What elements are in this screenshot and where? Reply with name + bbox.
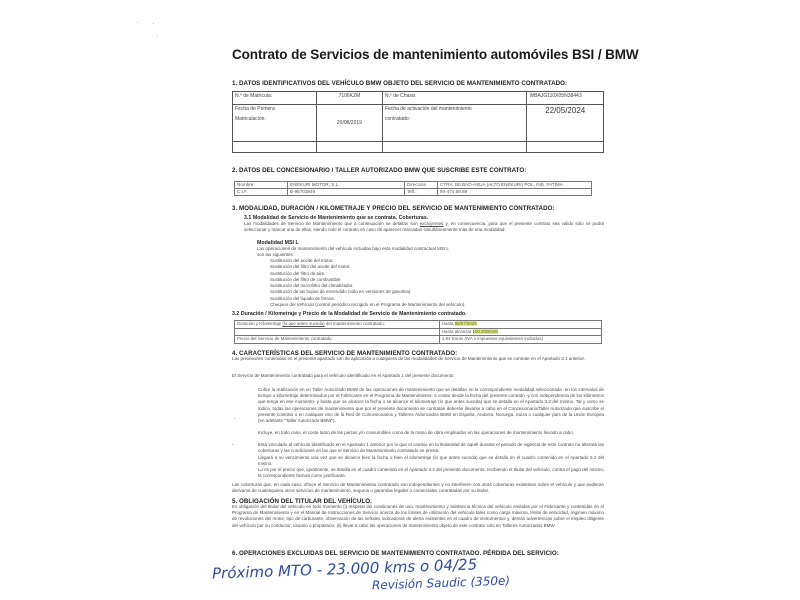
telf-label: Telf.: — [405, 189, 438, 196]
chasis-value: WBAJG110X05N38443 — [527, 92, 604, 105]
modalidad-intro: Las operaciones de mantenimiento del veh… — [257, 246, 557, 258]
scan-speck — [153, 23, 154, 24]
precio-label: Precio del Servicio de Mantenimiento con… — [235, 336, 440, 344]
text-part: Duración y Kilometraje — [237, 321, 282, 326]
section-4-paragraph-5: Lo es por el precio que, igualmente, se … — [258, 467, 604, 479]
hasta-label: Hasta — [442, 321, 455, 326]
empty-cell — [233, 142, 317, 153]
primera-matriculacion-label: Fecha de Primera Matriculación: — [233, 105, 317, 142]
chasis-label: N.º de Chasis — [382, 92, 526, 105]
matricula-value: 7106KZM — [316, 92, 382, 105]
duration-price-table: Duración y Kilometraje (lo que antes suc… — [234, 320, 602, 344]
text-part: del mantenimiento contratado: — [325, 321, 385, 326]
km-label: Hasta alcanzar — [442, 329, 473, 334]
section-1-heading: 1. DATOS IDENTIFICATIVOS DEL VEHÍCULO BM… — [232, 80, 567, 87]
empty-cell — [316, 142, 382, 153]
text-part: Las modalidades de Servicio de Mantenimi… — [244, 221, 420, 226]
section-4-paragraph-2: Incluye, en todo caso, el coste tanto de… — [258, 430, 604, 436]
section-4-lead: El Servicio de Mantenimiento contratado … — [232, 373, 604, 379]
label-line: contratado: — [385, 116, 524, 122]
section-4-paragraph-4: Llegará a su vencimiento una vez que se … — [258, 455, 604, 467]
km-value-highlighted: 100.000KMS — [473, 329, 498, 334]
date-value: 20/08/2019 — [337, 120, 362, 126]
empty-cell — [527, 142, 604, 153]
section-3-1-text: Las modalidades de Servicio de Mantenimi… — [244, 221, 604, 233]
duracion-label: Duración y Kilometraje (lo que antes suc… — [235, 321, 440, 329]
direccion-value: CTRA. BILBAO-ASUA (ALTO ENEKURI) POL. IN… — [438, 182, 592, 189]
primera-matriculacion-value: 20/08/2019 — [316, 105, 382, 142]
hasta-fecha: Hasta 06/07/2026 — [440, 321, 602, 329]
telf-value: 94-474.59.69 — [438, 189, 592, 196]
handwritten-note-line-2: Revisión Saudic (350e) — [372, 574, 510, 593]
label-line: Matriculación: — [235, 116, 314, 122]
text-underlined: (lo que antes suceda) — [282, 321, 324, 326]
matricula-label: N.º de Matrícula: — [233, 92, 317, 105]
scan-speck — [234, 418, 235, 419]
section-5-text: Es obligación del titular del vehículo e… — [232, 504, 604, 529]
direccion-label: Dirección — [405, 182, 438, 189]
vehicle-data-table: N.º de Matrícula: 7106KZM N.º de Chasis … — [232, 91, 604, 153]
precio-value: 1.94 Euros (IVA o impuestos equivalentes… — [440, 336, 602, 344]
empty-cell — [235, 328, 440, 336]
label-line: Fecha de activación del mantenimiento — [385, 106, 524, 112]
text-underlined: excluyentes — [420, 221, 444, 226]
section-3-heading: 3. MODALIDAD, DURACIÓN / KILOMETRAJE Y P… — [232, 205, 555, 212]
nombre-label: Nombre — [235, 182, 288, 189]
scan-speck — [157, 36, 158, 37]
empty-cell — [382, 142, 526, 153]
section-3-2-heading: 3.2 Duración / Kilometraje y Precio de l… — [232, 311, 467, 317]
scan-speck — [137, 22, 138, 23]
section-4-intro: Las previsiones contenidas en el present… — [232, 356, 604, 362]
section-2-heading: 2. DATOS DEL CONCESIONARIO / TALLER AUTO… — [232, 167, 526, 174]
activacion-label: Fecha de activación del mantenimiento co… — [382, 105, 526, 142]
cif-label: C.I.F. — [235, 189, 288, 196]
section-6-heading: 6. OPERACIONES EXCLUIDAS DEL SERVICIO DE… — [232, 550, 559, 557]
operations-list: Sustitución del aceite del motor. Sustit… — [270, 258, 465, 308]
section-4-closing: Las coberturas que, en cada caso, ofrece… — [232, 482, 604, 494]
scanned-document-page: Contrato de Servicios de mantenimiento a… — [0, 0, 800, 600]
nombre-value: ENEKURI MOTOR, S.L. — [288, 182, 405, 189]
document-title: Contrato de Servicios de mantenimiento a… — [232, 47, 639, 62]
cif-value: B-95703849 — [288, 189, 405, 196]
label-line: Fecha de Primera — [235, 106, 314, 112]
dealer-data-table: Nombre ENEKURI MOTOR, S.L. Dirección CTR… — [234, 181, 592, 196]
hasta-date-highlighted: 06/07/2026 — [455, 321, 477, 326]
scan-speck — [232, 444, 233, 445]
operation-item: Chequeo del Vehículo (control periódico … — [270, 302, 465, 308]
section-4-paragraph-1: Cubre la realización en un Taller Autori… — [258, 387, 604, 424]
hasta-km: Hasta alcanzar 100.000KMS — [440, 328, 602, 336]
activacion-value: 22/05/2024 — [527, 105, 604, 142]
section-4-paragraph-3: Está vinculado al vehículo identificado … — [258, 442, 604, 454]
